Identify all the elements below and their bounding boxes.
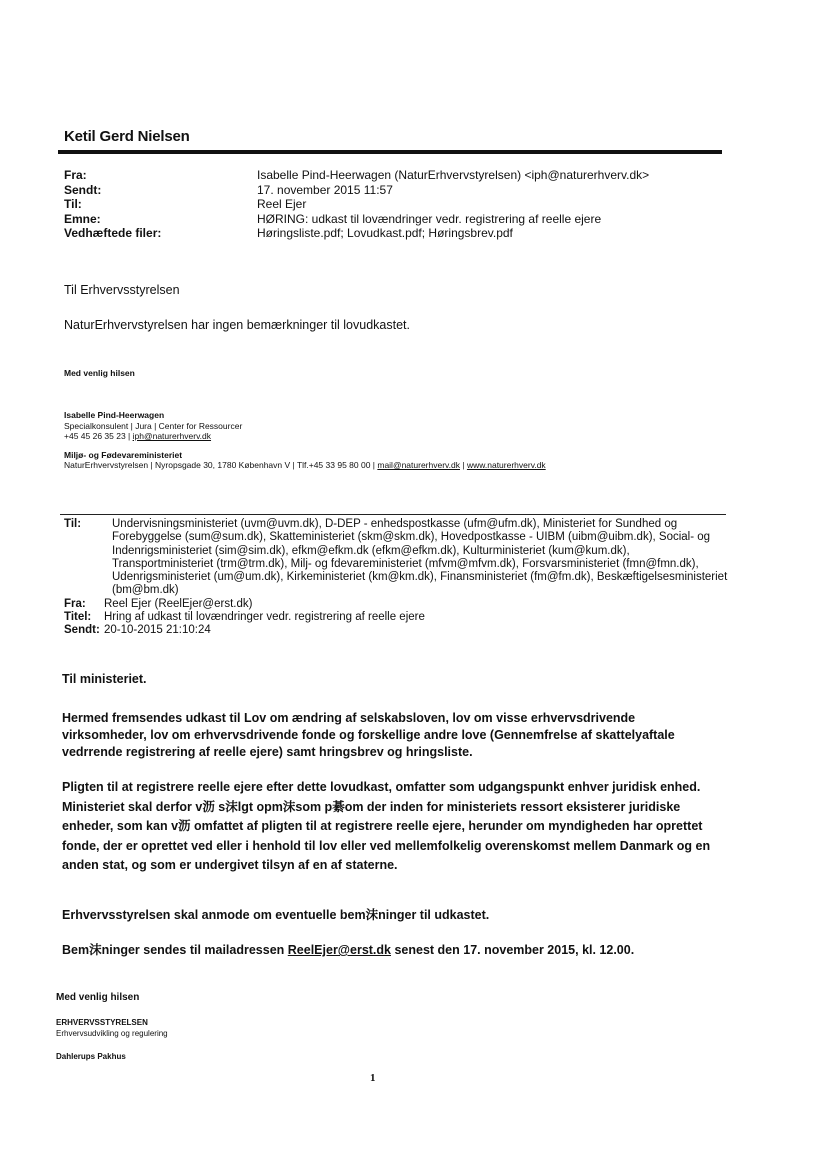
sent-label: Sendt: [64,183,257,198]
signature-separator: | [460,460,467,470]
forward-row-title: Titel: Hring af udkast til lovændringer … [64,611,732,624]
reply-salutation: Til Erhvervsstyrelsen [64,283,180,298]
paragraph-4-deadline: senest den 17. november 2015, kl. 12.00. [391,943,634,957]
paragraph-4-text: Bem沫ninger sendes til mailadressen [62,943,288,957]
header-row-attachments: Vedhæftede filer: Høringsliste.pdf; Lovu… [64,226,649,241]
letter-paragraph-3: Erhvervsstyrelsen skal anmode om eventue… [62,905,742,925]
letter-dept: Erhvervsudvikling og regulering [56,1029,168,1039]
forward-title-value: Hring af udkast til lovændringer vedr. r… [104,611,724,624]
letter-closing: Med venlig hilsen [56,992,139,1003]
signature-ministry: Miljø- og Fødevareministeriet [64,450,182,460]
forward-from-label: Fra: [64,598,104,611]
from-label: Fra: [64,168,257,183]
forward-to-label: Til: [64,518,112,598]
header-row-from: Fra: Isabelle Pind-Heerwagen (NaturErhve… [64,168,649,183]
forward-row-to: Til: Undervisningsministeriet (uvm@uvm.d… [64,518,732,598]
document-owner-name: Ketil Gerd Nielsen [64,128,190,145]
email-header: Fra: Isabelle Pind-Heerwagen (NaturErhve… [64,168,649,241]
to-value: Reel Ejer [257,197,306,212]
forward-title-label: Titel: [64,611,104,624]
signature-name: Isabelle Pind-Heerwagen [64,410,164,420]
reel-ejer-email-link[interactable]: ReelEjer@erst.dk [288,943,391,957]
letter-paragraph-4: Bem沫ninger sendes til mailadressen ReelE… [62,940,742,960]
header-row-to: Til: Reel Ejer [64,197,649,212]
forward-sent-value: 20-10-2015 21:10:24 [104,624,724,637]
letter-building: Dahlerups Pakhus [56,1052,126,1062]
from-value: Isabelle Pind-Heerwagen (NaturErhvervsty… [257,168,649,183]
forward-from-value: Reel Ejer (ReelEjer@erst.dk) [104,598,724,611]
attachments-value: Høringsliste.pdf; Lovudkast.pdf; Hørings… [257,226,513,241]
to-label: Til: [64,197,257,212]
page-number: 1 [370,1072,376,1084]
signature-phone: +45 45 26 35 23 | [64,431,133,441]
forward-sent-label: Sendt: [64,624,104,637]
attachments-label: Vedhæftede filer: [64,226,257,241]
header-row-subject: Emne: HØRING: udkast til lovændringer ve… [64,212,649,227]
signature-title: Specialkonsulent | Jura | Center for Res… [64,421,546,432]
forward-row-sent: Sendt: 20-10-2015 21:10:24 [64,624,732,637]
forwarded-header: Til: Undervisningsministeriet (uvm@uvm.d… [64,518,732,638]
sent-value: 17. november 2015 11:57 [257,183,393,198]
reply-closing: Med venlig hilsen [64,368,135,379]
forward-to-value: Undervisningsministeriet (uvm@uvm.dk), D… [112,518,732,598]
forward-row-from: Fra: Reel Ejer (ReelEjer@erst.dk) [64,598,732,611]
subject-label: Emne: [64,212,257,227]
letter-org: ERHVERVSSTYRELSEN [56,1018,148,1028]
subject-value: HØRING: udkast til lovændringer vedr. re… [257,212,601,227]
letter-paragraph-1: Hermed fremsendes udkast til Lov om ændr… [62,710,722,761]
header-divider [58,150,722,154]
signature-web-link[interactable]: www.naturerhverv.dk [467,460,546,470]
signature-address: NaturErhvervstyrelsen | Nyropsgade 30, 1… [64,460,377,470]
reply-message: NaturErhvervstyrelsen har ingen bemærkni… [64,318,410,333]
letter-paragraph-2: Pligten til at registrere reelle ejere e… [62,778,722,876]
forward-divider [60,514,726,515]
signature-mail-link[interactable]: mail@naturerhverv.dk [377,460,460,470]
letter-salutation: Til ministeriet. [62,669,742,689]
signature-email-link[interactable]: iph@naturerhverv.dk [133,431,211,441]
header-row-sent: Sendt: 17. november 2015 11:57 [64,183,649,198]
reply-signature: Isabelle Pind-Heerwagen Specialkonsulent… [64,410,546,471]
